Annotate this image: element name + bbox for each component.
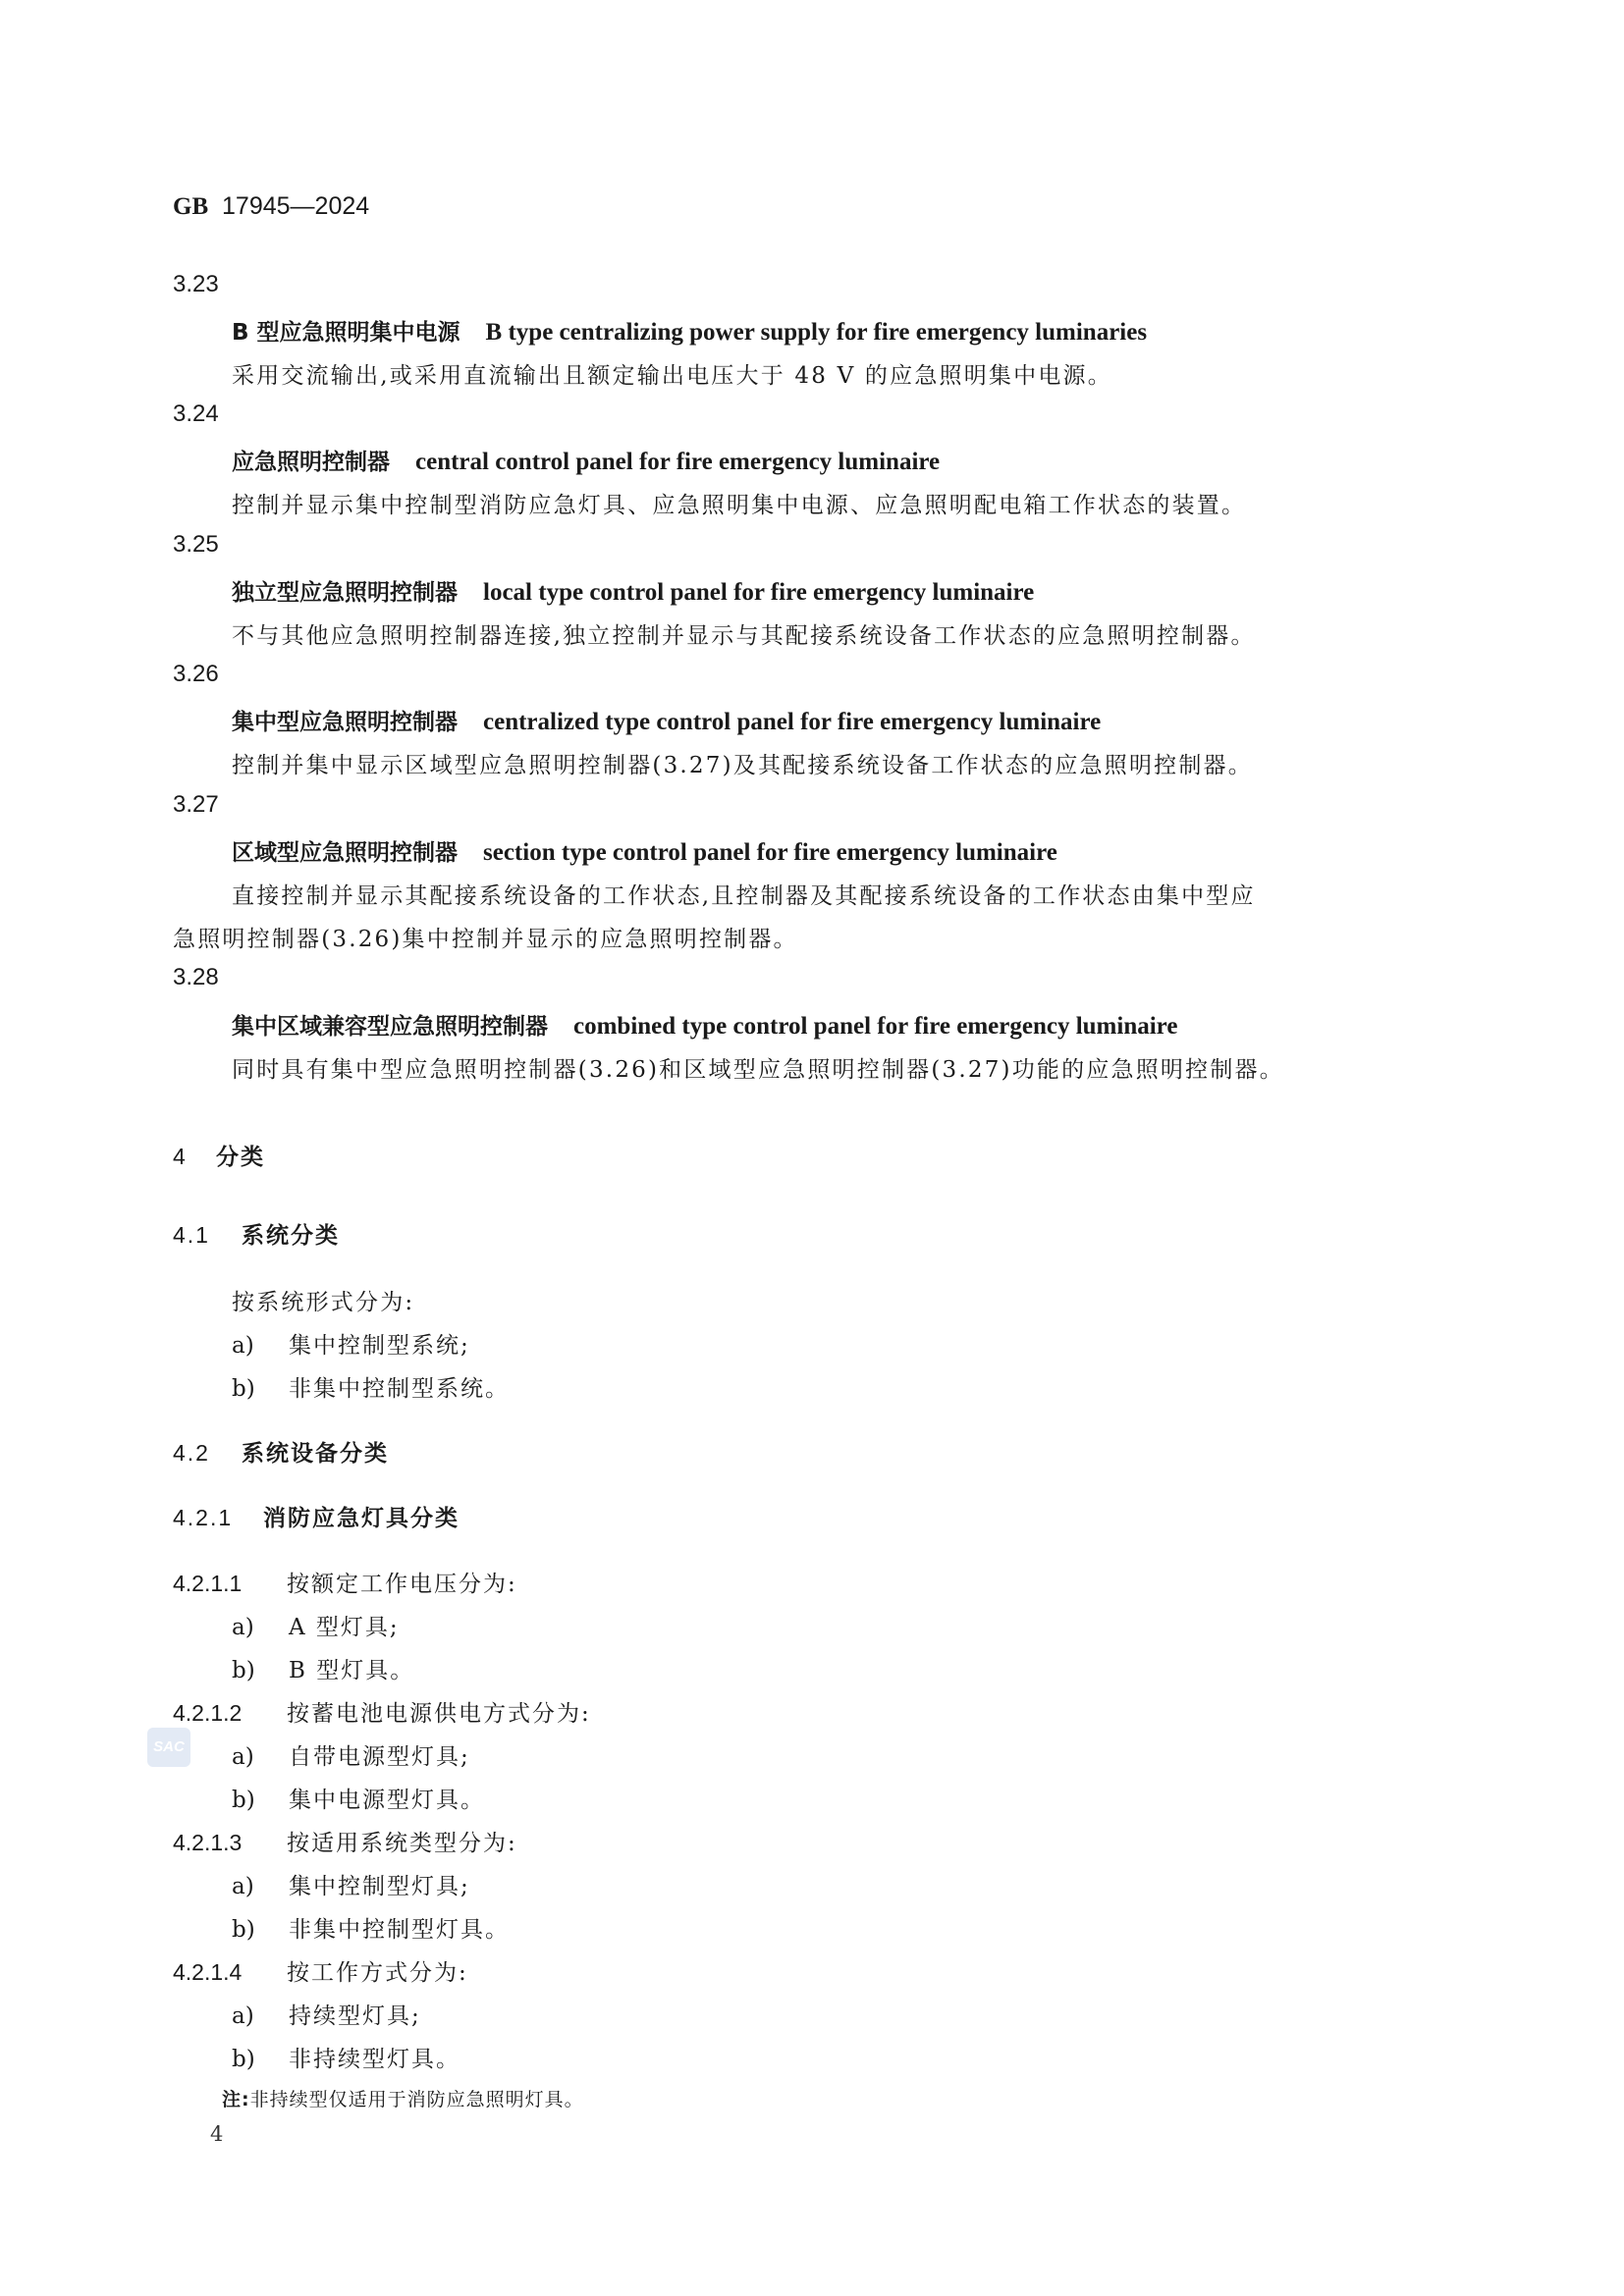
term-title: 集中型应急照明控制器centralized type control panel… <box>232 704 1101 736</box>
page-number: 4 <box>210 2122 223 2146</box>
term-number: 3.23 <box>173 271 219 298</box>
term-definition-continued: 急照明控制器(3.26)集中控制并显示的应急照明控制器。 <box>173 921 798 953</box>
list-item: b)非集中控制型灯具。 <box>232 1911 510 1944</box>
term-title: B 型应急照明集中电源B type centralizing power sup… <box>232 314 1147 347</box>
term-number: 3.24 <box>173 400 219 428</box>
list-item: a)集中控制型灯具; <box>232 1868 470 1900</box>
subclause: 4.2.1.3按适用系统类型分为: <box>173 1825 517 1857</box>
subclause: 4.2.1.1按额定工作电压分为: <box>173 1566 517 1598</box>
list-item: a)A 型灯具; <box>232 1609 400 1641</box>
subclause: 4.2.1.4按工作方式分为: <box>173 1954 468 1987</box>
section-heading: 4.2.1消防应急灯具分类 <box>173 1500 460 1532</box>
term-definition: 控制并显示集中控制型消防应急灯具、应急照明集中电源、应急照明配电箱工作状态的装置… <box>232 487 1246 519</box>
standard-code: 17945—2024 <box>222 192 369 220</box>
section-heading: 4.1系统分类 <box>173 1217 340 1250</box>
term-definition: 同时具有集中型应急照明控制器(3.26)和区域型应急照明控制器(3.27)功能的… <box>232 1051 1284 1084</box>
paragraph: 按系统形式分为: <box>232 1284 414 1316</box>
term-number: 3.28 <box>173 964 219 991</box>
list-item: a)持续型灯具; <box>232 1998 421 2030</box>
note: 注:非持续型仅适用于消防应急照明灯具。 <box>222 2085 584 2111</box>
term-definition: 直接控制并显示其配接系统设备的工作状态,且控制器及其配接系统设备的工作状态由集中… <box>232 878 1256 910</box>
document-header: GB 17945—2024 <box>173 192 369 221</box>
list-item: b)B 型灯具。 <box>232 1652 414 1684</box>
list-item: b)非持续型灯具。 <box>232 2041 460 2073</box>
term-title: 集中区域兼容型应急照明控制器combined type control pane… <box>232 1008 1177 1041</box>
term-definition: 控制并集中显示区域型应急照明控制器(3.27)及其配接系统设备工作状态的应急照明… <box>232 747 1253 779</box>
term-definition: 采用交流输出,或采用直流输出且额定输出电压大于 48 V 的应急照明集中电源。 <box>232 357 1112 390</box>
section-heading: 4.2系统设备分类 <box>173 1435 389 1468</box>
subclause: 4.2.1.2按蓄电池电源供电方式分为: <box>173 1695 591 1728</box>
term-number: 3.25 <box>173 531 219 559</box>
list-item: a)自带电源型灯具; <box>232 1738 470 1771</box>
term-title: 独立型应急照明控制器local type control panel for f… <box>232 574 1034 607</box>
term-title: 区域型应急照明控制器section type control panel for… <box>232 834 1057 867</box>
term-number: 3.26 <box>173 661 219 688</box>
term-title: 应急照明控制器central control panel for fire em… <box>232 444 940 476</box>
sac-watermark-logo: SAC <box>147 1728 190 1767</box>
list-item: b)非集中控制型系统。 <box>232 1370 510 1403</box>
term-definition: 不与其他应急照明控制器连接,独立控制并显示与其配接系统设备工作状态的应急照明控制… <box>232 617 1256 650</box>
list-item: a)集中控制型系统; <box>232 1327 470 1360</box>
list-item: b)集中电源型灯具。 <box>232 1782 485 1814</box>
term-number: 3.27 <box>173 791 219 819</box>
section-heading: 4分类 <box>173 1139 265 1171</box>
